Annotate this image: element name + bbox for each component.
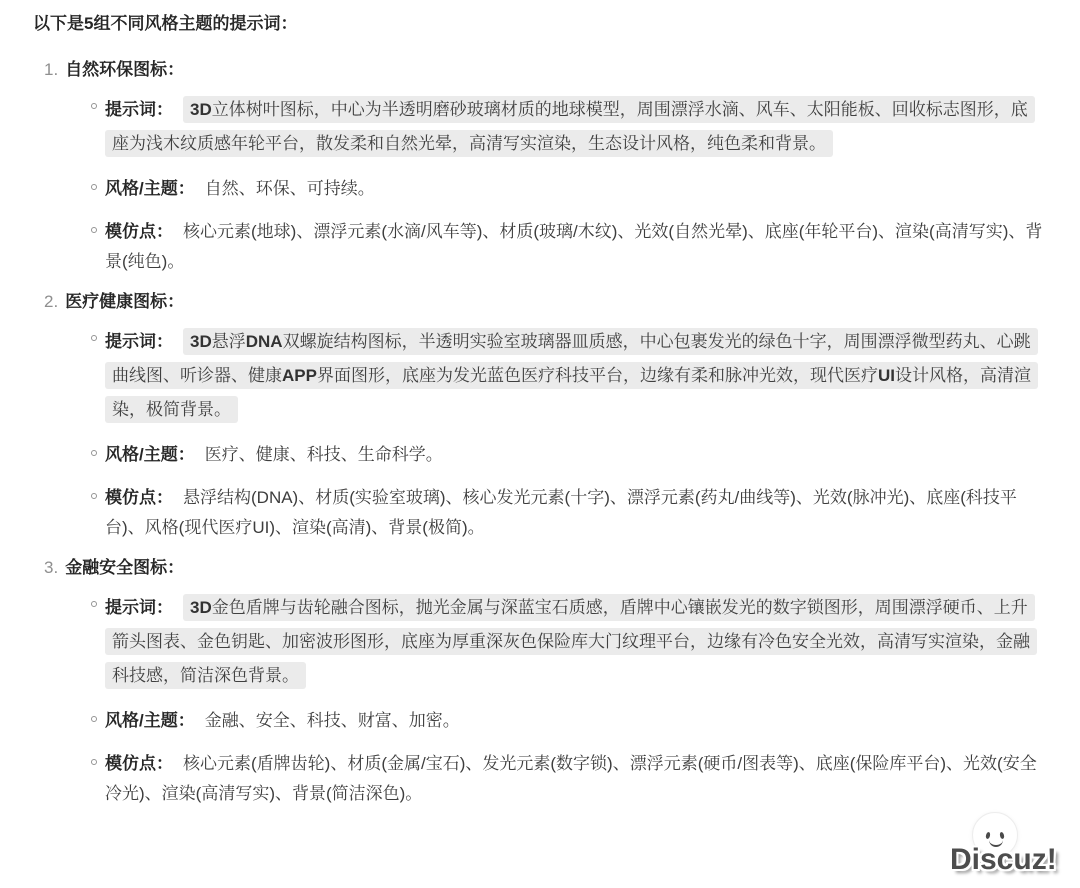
item-label: 风格/主题： [105,445,195,464]
item-label: 提示词： [105,100,173,119]
bullet-icon [91,493,97,499]
item-body: 风格/主题：自然、环保、可持续。 [105,174,1044,204]
group-heading: 1.自然环保图标： [44,59,1044,81]
bullet-icon [91,103,97,109]
list-item: 提示词：3D悬浮DNA双螺旋结构图标，半透明实验室玻璃器皿质感，中心包裹发光的绿… [91,325,1044,427]
bullet-icon [91,184,97,190]
item-body: 风格/主题：医疗、健康、科技、生命科学。 [105,440,1044,470]
bullet-icon [91,227,97,233]
group-number: 2. [44,292,58,311]
item-value: 核心元素(地球)、漂浮元素(水滴/风车等)、材质(玻璃/木纹)、光效(自然光晕)… [105,222,1042,271]
page-title: 以下是5组不同风格主题的提示词： [33,13,1044,35]
list-item: 模仿点：核心元素(盾牌齿轮)、材质(金属/宝石)、发光元素(数字锁)、漂浮元素(… [91,749,1044,809]
bullet-icon [91,759,97,765]
item-value: 医疗、健康、科技、生命科学。 [205,445,443,464]
bullet-icon [91,450,97,456]
item-label: 风格/主题： [105,711,195,730]
group-items-list: 提示词：3D金色盾牌与齿轮融合图标，抛光金属与深蓝宝石质感，盾牌中心镶嵌发光的数… [44,591,1044,809]
item-value: 3D金色盾牌与齿轮融合图标，抛光金属与深蓝宝石质感，盾牌中心镶嵌发光的数字锁图形… [105,594,1037,689]
list-item: 提示词：3D立体树叶图标，中心为半透明磨砂玻璃材质的地球模型，周围漂浮水滴、风车… [91,93,1044,161]
bullet-icon [91,716,97,722]
bullet-icon [91,335,97,341]
list-item: 提示词：3D金色盾牌与齿轮融合图标，抛光金属与深蓝宝石质感，盾牌中心镶嵌发光的数… [91,591,1044,693]
item-body: 模仿点：悬浮结构(DNA)、材质(实验室玻璃)、核心发光元素(十字)、漂浮元素(… [105,483,1044,543]
item-label: 提示词： [105,598,173,617]
prompt-group: 3.金融安全图标： 提示词：3D金色盾牌与齿轮融合图标，抛光金属与深蓝宝石质感，… [44,557,1044,809]
list-item: 风格/主题：自然、环保、可持续。 [91,174,1044,204]
prompt-group: 2.医疗健康图标： 提示词：3D悬浮DNA双螺旋结构图标，半透明实验室玻璃器皿质… [44,291,1044,543]
group-items-list: 提示词：3D立体树叶图标，中心为半透明磨砂玻璃材质的地球模型，周围漂浮水滴、风车… [44,93,1044,277]
document-page: 以下是5组不同风格主题的提示词： 1.自然环保图标： 提示词：3D立体树叶图标，… [0,0,1080,809]
group-heading: 2.医疗健康图标： [44,291,1044,313]
discuz-watermark: Discuz! [950,843,1057,877]
list-item: 风格/主题：金融、安全、科技、财富、加密。 [91,706,1044,736]
item-value: 3D悬浮DNA双螺旋结构图标，半透明实验室玻璃器皿质感，中心包裹发光的绿色十字，… [105,328,1038,423]
group-title: 医疗健康图标： [65,292,184,311]
item-value: 金融、安全、科技、财富、加密。 [205,711,460,730]
smiley-left-eye [985,832,991,840]
item-body: 模仿点：核心元素(盾牌齿轮)、材质(金属/宝石)、发光元素(数字锁)、漂浮元素(… [105,749,1044,809]
item-label: 提示词： [105,332,173,351]
item-value: 核心元素(盾牌齿轮)、材质(金属/宝石)、发光元素(数字锁)、漂浮元素(硬币/图… [105,754,1037,803]
group-title: 金融安全图标： [65,558,184,577]
item-value: 悬浮结构(DNA)、材质(实验室玻璃)、核心发光元素(十字)、漂浮元素(药丸/曲… [105,488,1017,537]
list-item: 模仿点：核心元素(地球)、漂浮元素(水滴/风车等)、材质(玻璃/木纹)、光效(自… [91,217,1044,277]
group-title: 自然环保图标： [65,60,184,79]
item-label: 模仿点： [105,222,173,241]
item-value: 自然、环保、可持续。 [205,179,375,198]
item-value: 3D立体树叶图标，中心为半透明磨砂玻璃材质的地球模型，周围漂浮水滴、风车、太阳能… [105,96,1035,157]
item-body: 提示词：3D立体树叶图标，中心为半透明磨砂玻璃材质的地球模型，周围漂浮水滴、风车… [105,93,1044,161]
group-number: 3. [44,558,58,577]
smiley-right-eye [999,832,1005,840]
prompt-group: 1.自然环保图标： 提示词：3D立体树叶图标，中心为半透明磨砂玻璃材质的地球模型… [44,59,1044,277]
group-heading: 3.金融安全图标： [44,557,1044,579]
group-items-list: 提示词：3D悬浮DNA双螺旋结构图标，半透明实验室玻璃器皿质感，中心包裹发光的绿… [44,325,1044,543]
group-number: 1. [44,60,58,79]
list-item: 风格/主题：医疗、健康、科技、生命科学。 [91,440,1044,470]
item-label: 模仿点： [105,488,173,507]
list-item: 模仿点：悬浮结构(DNA)、材质(实验室玻璃)、核心发光元素(十字)、漂浮元素(… [91,483,1044,543]
item-body: 提示词：3D悬浮DNA双螺旋结构图标，半透明实验室玻璃器皿质感，中心包裹发光的绿… [105,325,1044,427]
prompt-groups-list: 1.自然环保图标： 提示词：3D立体树叶图标，中心为半透明磨砂玻璃材质的地球模型… [33,59,1044,809]
bullet-icon [91,601,97,607]
item-body: 模仿点：核心元素(地球)、漂浮元素(水滴/风车等)、材质(玻璃/木纹)、光效(自… [105,217,1044,277]
item-body: 提示词：3D金色盾牌与齿轮融合图标，抛光金属与深蓝宝石质感，盾牌中心镶嵌发光的数… [105,591,1044,693]
item-label: 风格/主题： [105,179,195,198]
item-label: 模仿点： [105,754,173,773]
item-body: 风格/主题：金融、安全、科技、财富、加密。 [105,706,1044,736]
